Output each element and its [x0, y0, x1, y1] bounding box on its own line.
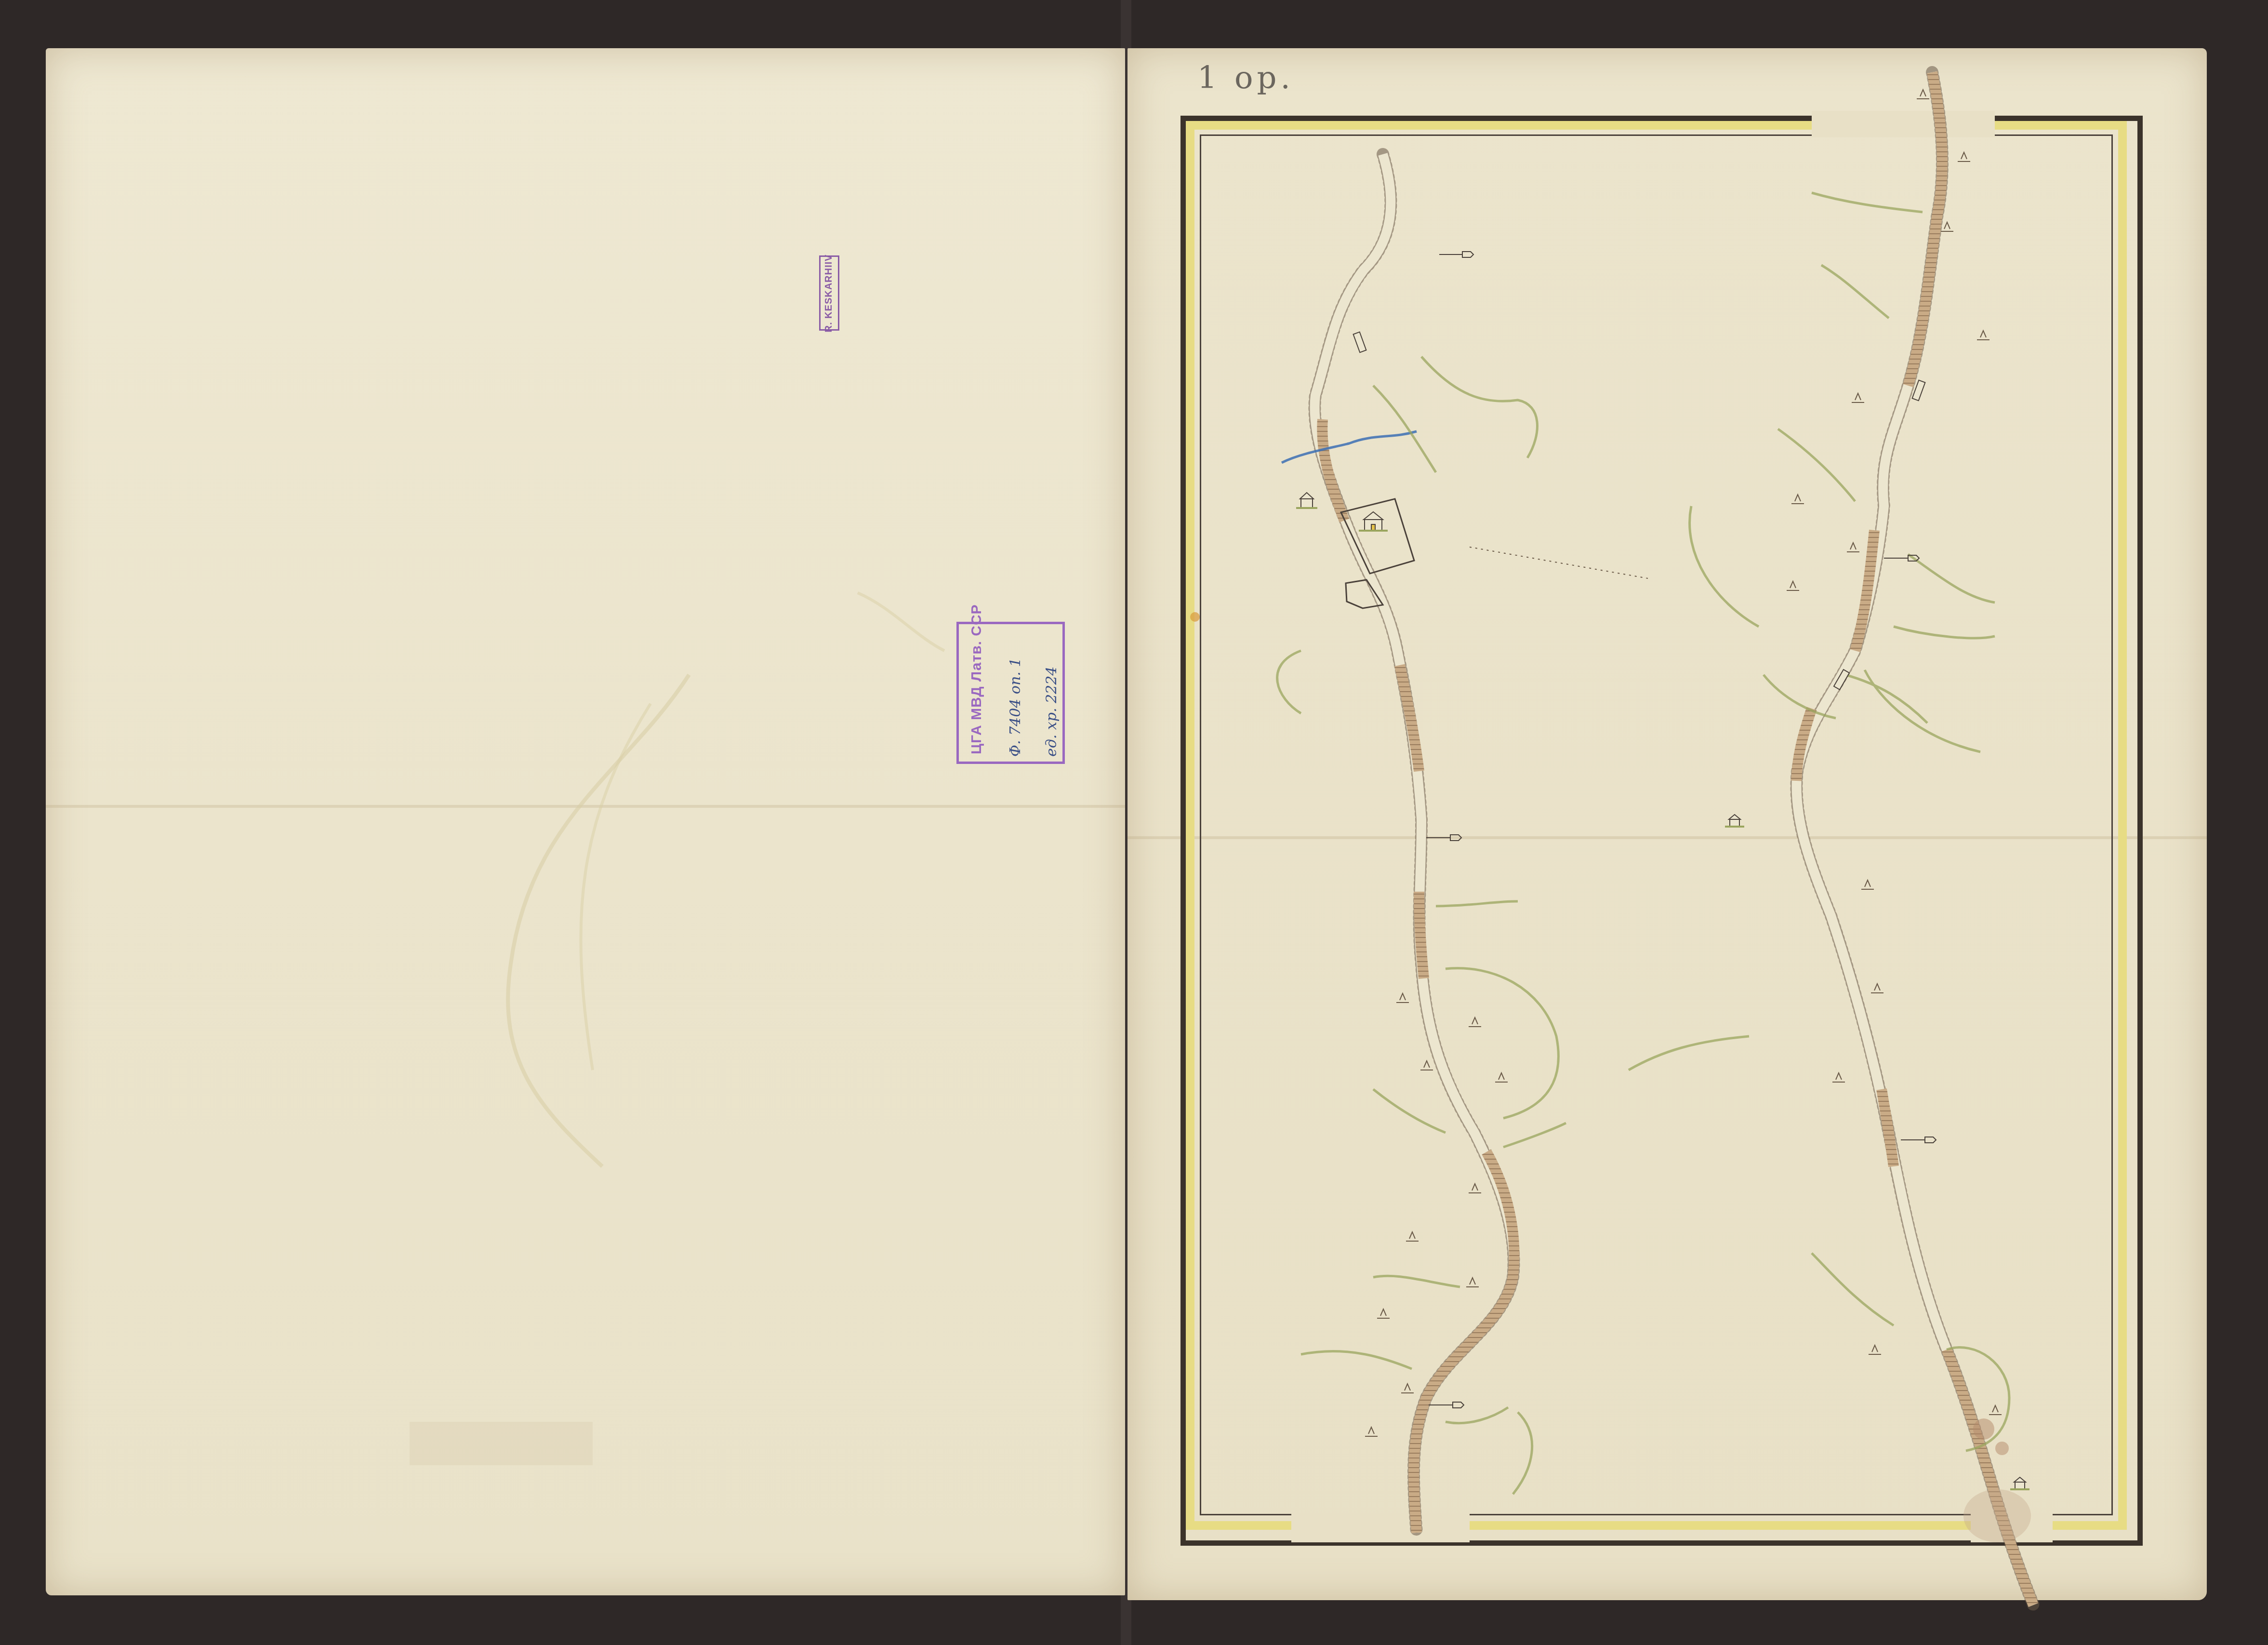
- map-drawing: [0, 0, 2268, 1645]
- stain: [1973, 1418, 1994, 1440]
- road-segment: [1882, 1089, 1894, 1166]
- manor-enclosure: [1341, 499, 1414, 574]
- signpost-icon: [1426, 252, 1936, 1408]
- stain: [1963, 1489, 2031, 1542]
- streams: [1277, 193, 2009, 1494]
- bridge-icon: [1353, 332, 1925, 690]
- road-right: [1796, 72, 2033, 1605]
- road-segment: [1419, 892, 1424, 978]
- house-icon: [1725, 815, 1744, 827]
- manor-icon: [1359, 512, 1388, 531]
- house-icon: [2010, 1477, 2029, 1489]
- road-segment: [1855, 530, 1874, 651]
- stain: [1190, 612, 1200, 622]
- dashed-line: [1470, 547, 1648, 578]
- road-segment: [1414, 1152, 1514, 1533]
- river: [1282, 431, 1417, 463]
- house-icon: [1296, 493, 1317, 508]
- road-segment: [1322, 419, 1344, 521]
- stain: [1995, 1442, 2009, 1455]
